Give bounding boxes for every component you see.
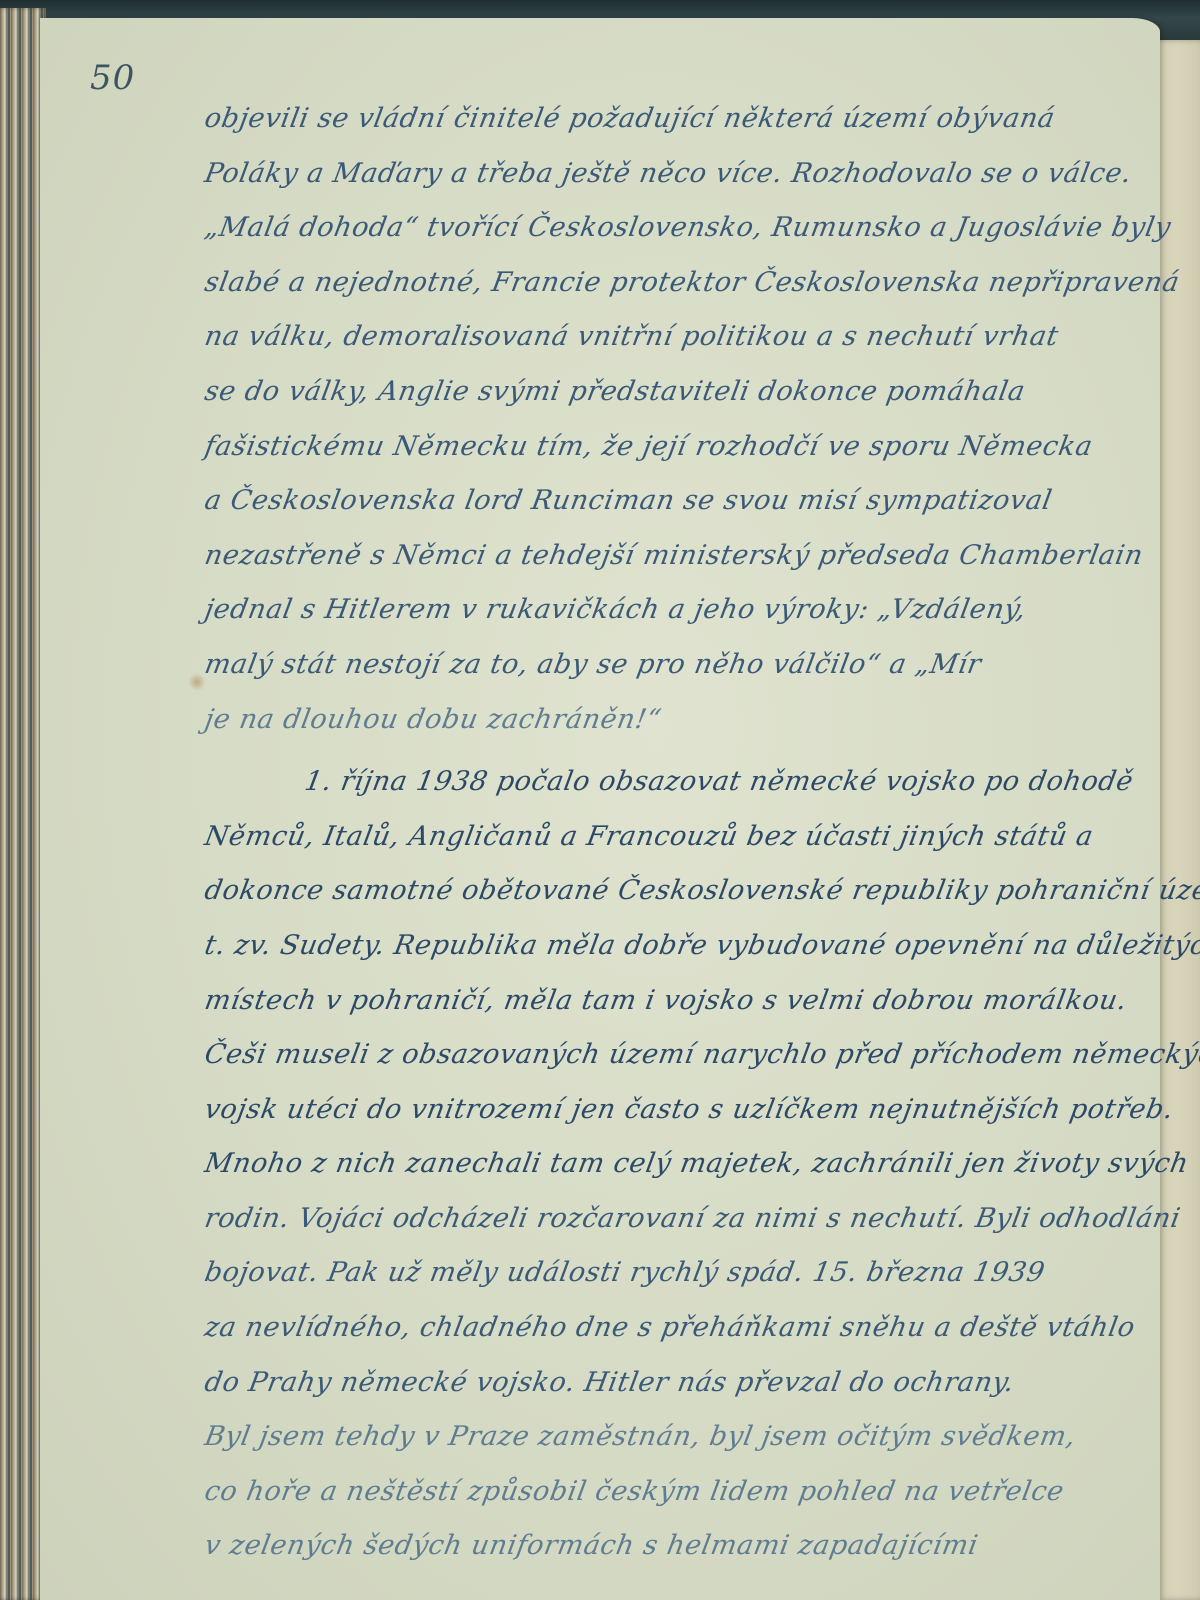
page-edge-line xyxy=(30,8,32,1600)
page-number: 50 xyxy=(90,58,135,98)
text-line: Byl jsem tehdy v Praze zaměstnán, byl js… xyxy=(200,1410,1130,1465)
text-line: v zelených šedých uniformách s helmami z… xyxy=(200,1519,1130,1574)
page-edge-line xyxy=(8,8,10,1600)
page-edge-line xyxy=(19,8,21,1600)
text-line: je na dlouhou dobu zachráněn!“ xyxy=(200,693,1130,748)
text-line: t. zv. Sudety. Republika měla dobře vybu… xyxy=(200,919,1130,974)
text-line: Poláky a Maďary a třeba ještě něco více.… xyxy=(200,147,1130,202)
text-line: nezastřeně s Němci a tehdejší ministersk… xyxy=(200,529,1130,584)
text-line: Němců, Italů, Angličanů a Francouzů bez … xyxy=(200,810,1130,865)
text-line: malý stát nestojí za to, aby se pro něho… xyxy=(200,638,1130,693)
text-line: za nevlídného, chladného dne s přeháňkam… xyxy=(200,1301,1130,1356)
text-line-paragraph-start: 1. října 1938 počalo obsazovat německé v… xyxy=(200,755,1130,810)
text-line: se do války, Anglie svými představiteli … xyxy=(200,365,1130,420)
handwritten-text: objevili se vládní činitelé požadující n… xyxy=(200,92,1120,1574)
text-line: bojovat. Pak už měly události rychlý spá… xyxy=(200,1246,1130,1301)
text-line: místech v pohraničí, měla tam i vojsko s… xyxy=(200,974,1130,1029)
text-line: objevili se vládní činitelé požadující n… xyxy=(200,92,1130,147)
text-line: slabé a nejednotné, Francie protektor Če… xyxy=(200,256,1130,311)
photo-scene: 50 objevili se vládní činitelé požadujíc… xyxy=(0,0,1200,1600)
text-line: co hoře a neštěstí způsobil českým lidem… xyxy=(200,1465,1130,1520)
text-line: fašistickému Německu tím, že její rozhod… xyxy=(200,420,1130,475)
text-line: Mnoho z nich zanechali tam celý majetek,… xyxy=(200,1137,1130,1192)
text-line: a Československa lord Runciman se svou m… xyxy=(200,474,1130,529)
text-line: Češi museli z obsazovaných území narychl… xyxy=(200,1028,1130,1083)
text-line: „Malá dohoda“ tvořící Československo, Ru… xyxy=(200,201,1130,256)
text-line: dokonce samotné obětované Československé… xyxy=(200,864,1130,919)
text-line: na válku, demoralisovaná vnitřní politik… xyxy=(200,310,1130,365)
text-line: jednal s Hitlerem v rukavičkách a jeho v… xyxy=(200,583,1130,638)
text-line: do Prahy německé vojsko. Hitler nás přev… xyxy=(200,1356,1130,1411)
text-line: rodin. Vojáci odcházeli rozčarovaní za n… xyxy=(200,1192,1130,1247)
text-line: vojsk utéci do vnitrozemí jen často s uz… xyxy=(200,1083,1130,1138)
